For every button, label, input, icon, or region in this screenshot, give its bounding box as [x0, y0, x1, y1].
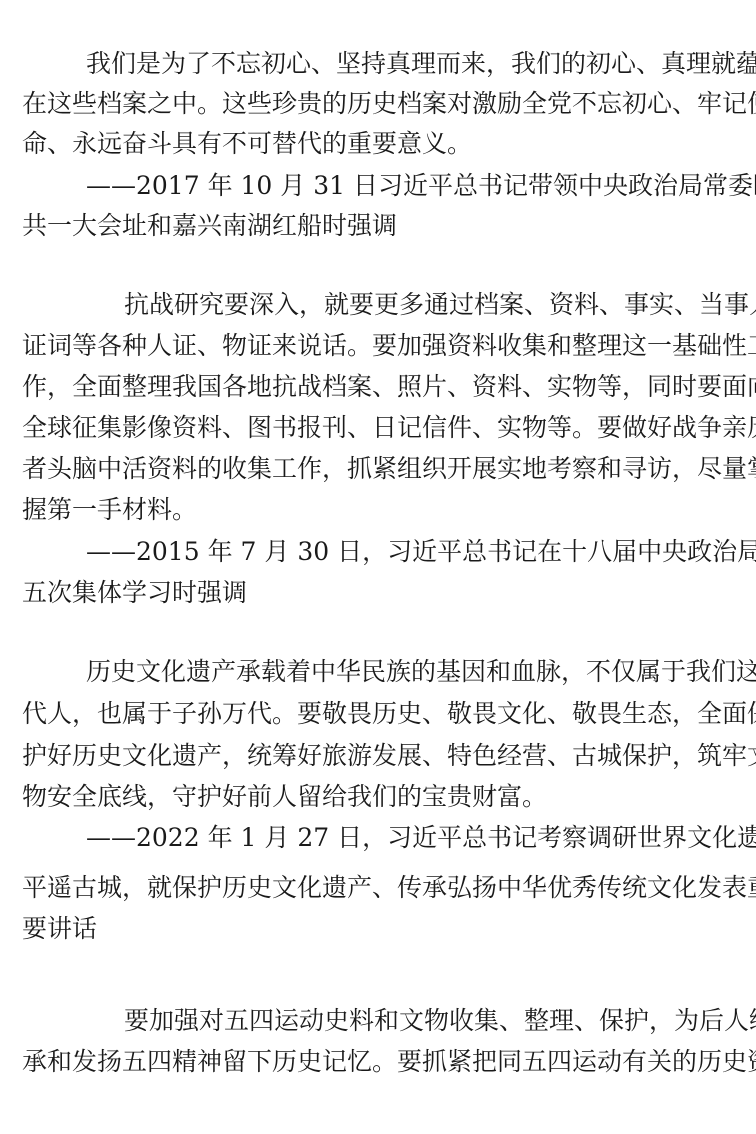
quote-4-line-1: 要加强对五四运动史料和文物收集、整理、保护，为后人继: [22, 1005, 738, 1037]
quote-3-line-1: 历史文化遗产承载着中华民族的基因和血脉，不仅属于我们这一: [22, 656, 738, 688]
quote-2-line-3: 作，全面整理我国各地抗战档案、照片、资料、实物等，同时要面向: [22, 371, 738, 403]
quote-2-line-2: 证词等各种人证、物证来说话。要加强资料收集和整理这一基础性工: [22, 330, 738, 362]
source-3-line-2: 平遥古城，就保护历史文化遗产、传承弘扬中华优秀传统文化发表重: [22, 872, 738, 904]
quote-1-line-1: 我们是为了不忘初心、坚持真理而来，我们的初心、真理就蕴含: [22, 48, 738, 80]
quote-1-line-2: 在这些档案之中。这些珍贵的历史档案对激励全党不忘初心、牢记使: [22, 88, 738, 120]
source-2-line-1: ——2015 年 7 月 30 日，习近平总书记在十八届中央政治局第二十: [22, 536, 738, 568]
quote-3-line-3: 护好历史文化遗产，统筹好旅游发展、特色经营、古城保护，筑牢文: [22, 740, 738, 772]
quote-3-line-4: 物安全底线，守护好前人留给我们的宝贵财富。: [22, 781, 738, 813]
quote-1-line-3: 命、永远奋斗具有不可替代的重要意义。: [22, 128, 738, 160]
quote-2-line-5: 者头脑中活资料的收集工作，抓紧组织开展实地考察和寻访，尽量掌: [22, 453, 738, 485]
document-page: 我们是为了不忘初心、坚持真理而来，我们的初心、真理就蕴含 在这些档案之中。这些珍…: [0, 0, 756, 1134]
source-2-line-2: 五次集体学习时强调: [22, 577, 738, 609]
source-1-line-1: ——2017 年 10 月 31 日习近平总书记带领中央政治局常委瞻仰中: [22, 170, 738, 202]
quote-2-line-1: 抗战研究要深入，就要更多通过档案、资料、事实、当事人: [22, 289, 738, 321]
source-3-line-1: ——2022 年 1 月 27 日，习近平总书记考察调研世界文化遗产山西: [22, 822, 738, 854]
quote-4-line-2: 承和发扬五四精神留下历史记忆。要抓紧把同五四运动有关的历史资: [22, 1046, 738, 1078]
source-1-line-2: 共一大会址和嘉兴南湖红船时强调: [22, 210, 738, 242]
quote-2-line-4: 全球征集影像资料、图书报刊、日记信件、实物等。要做好战争亲历: [22, 412, 738, 444]
quote-3-line-2: 代人，也属于子孙万代。要敬畏历史、敬畏文化、敬畏生态，全面保: [22, 698, 738, 730]
source-3-line-3: 要讲话: [22, 913, 738, 945]
quote-2-line-6: 握第一手材料。: [22, 494, 738, 526]
